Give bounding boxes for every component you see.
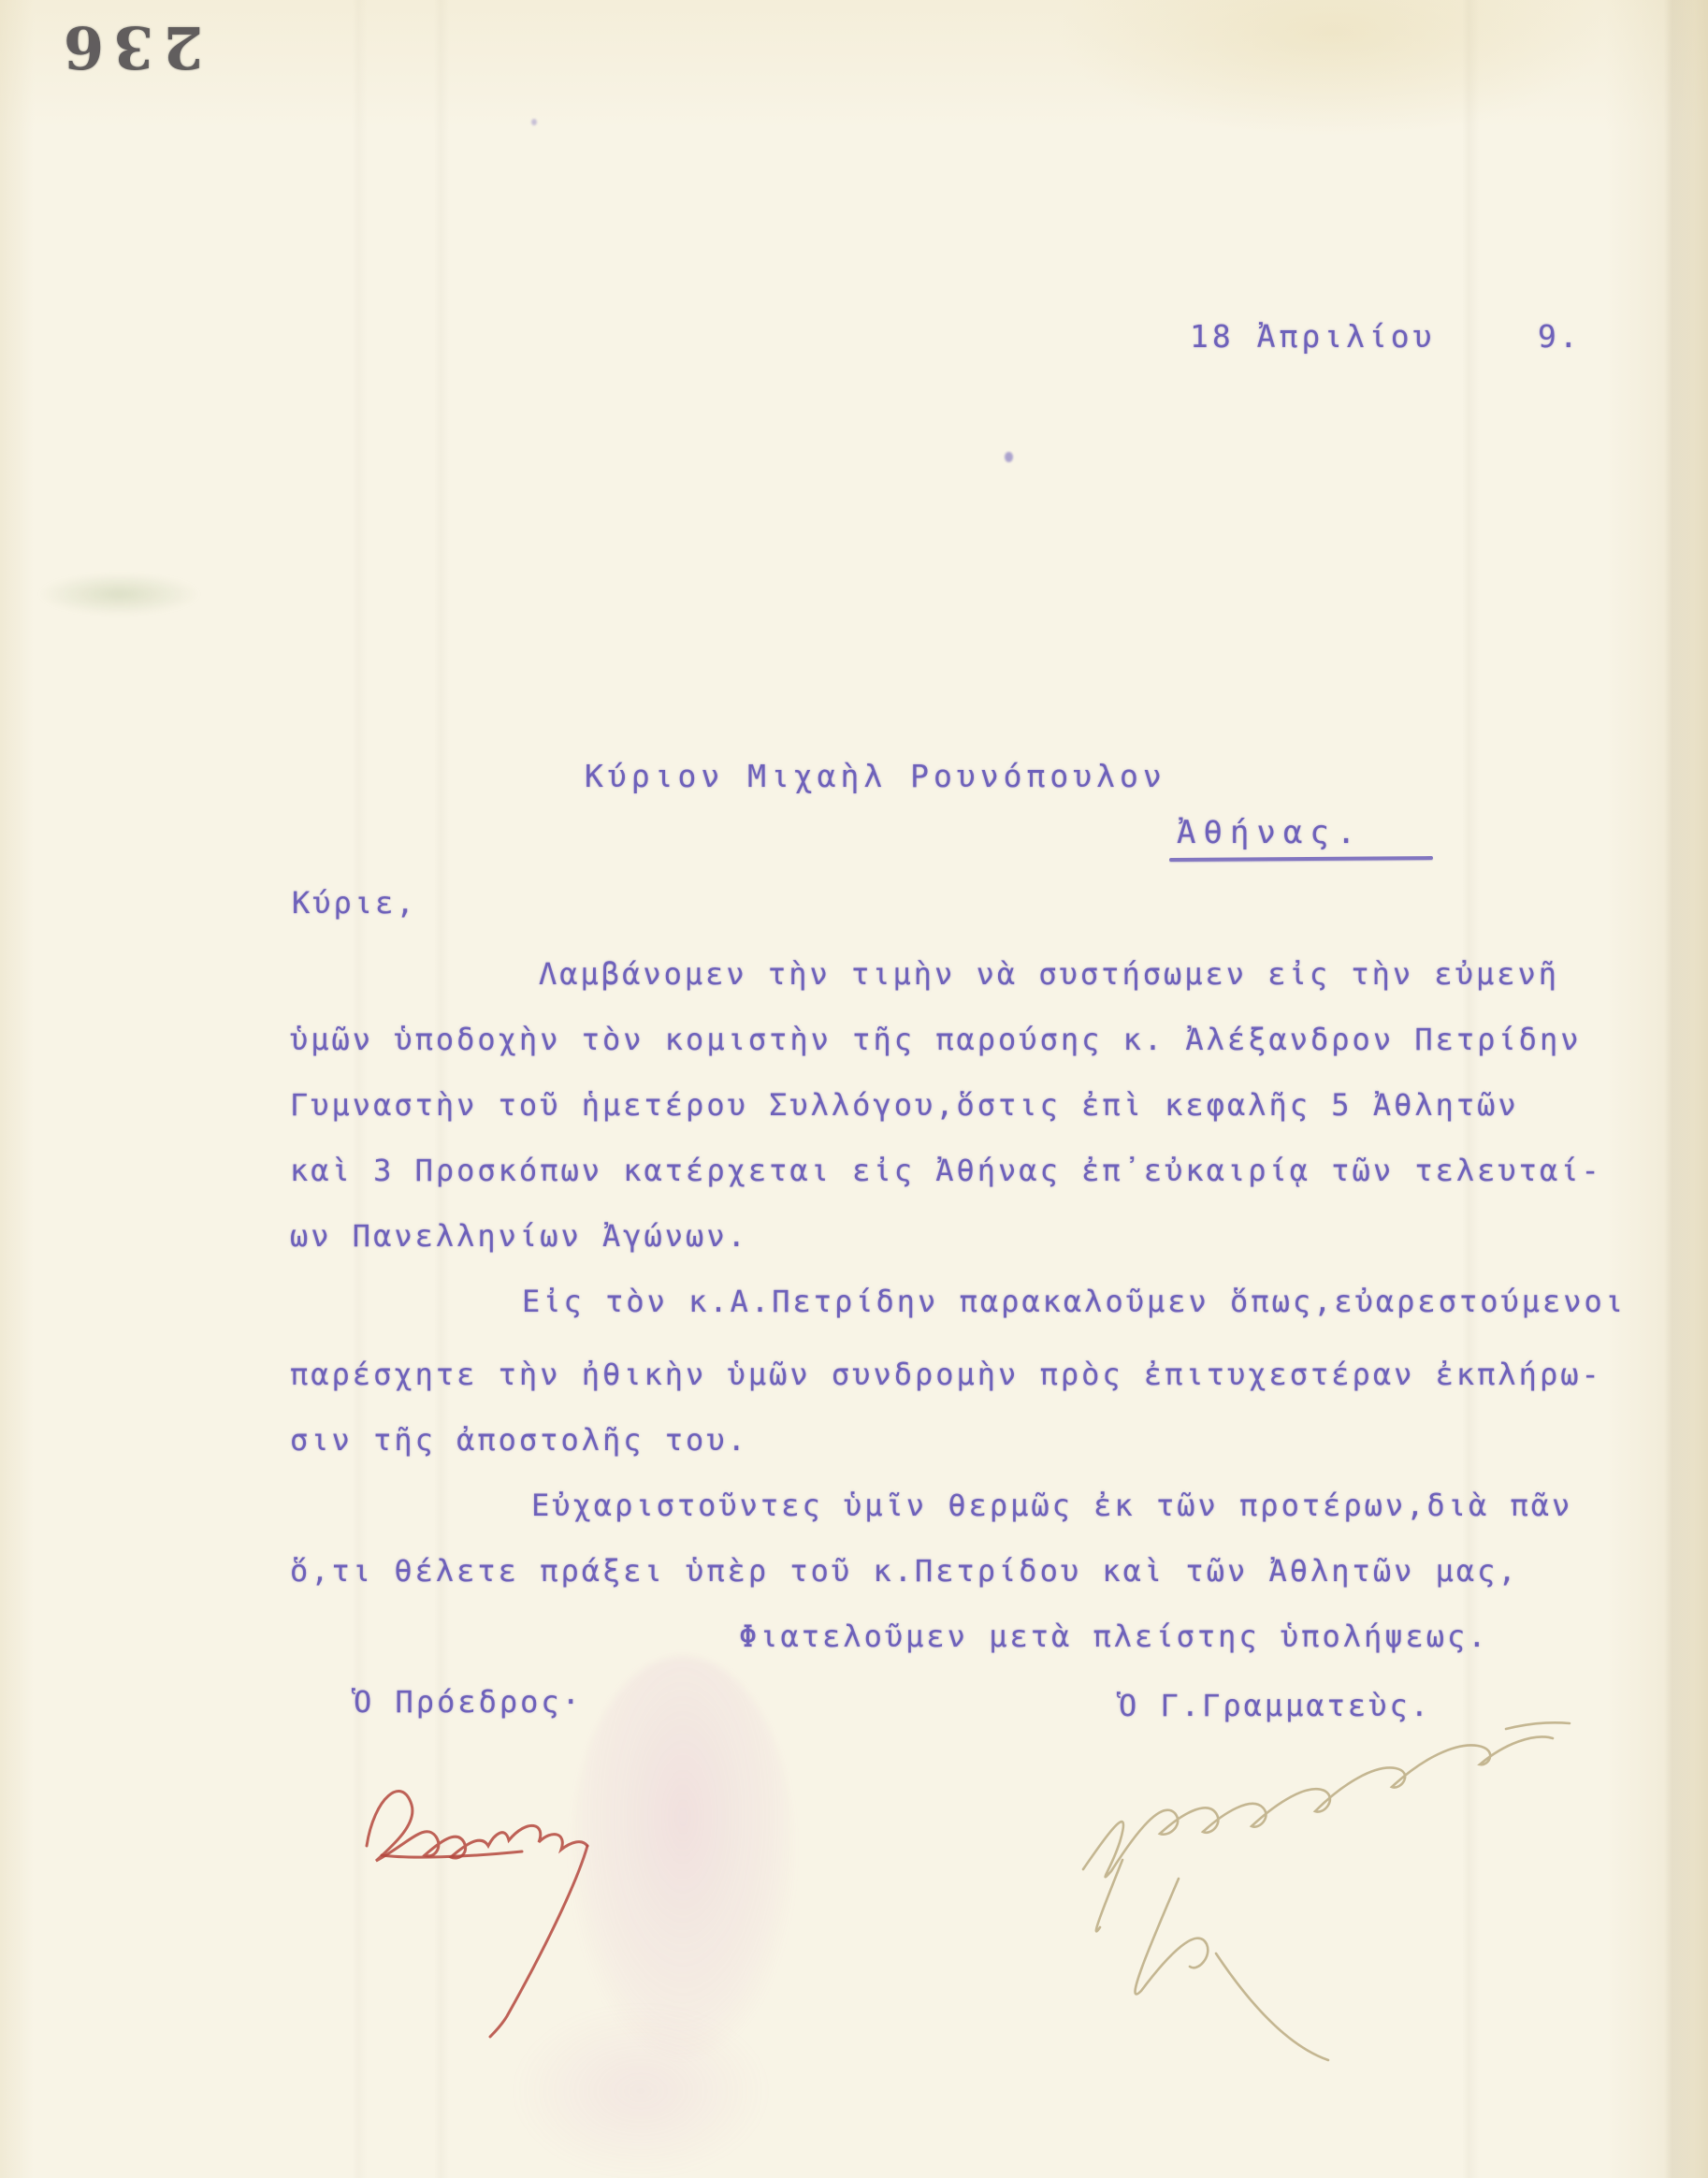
secretary-signature	[1066, 1710, 1590, 2075]
body-line: Εὐχαριστοῦντες ὑμῖν θερμῶς ἐκ τῶν προτέρ…	[531, 1488, 1572, 1523]
city-underline	[1169, 856, 1433, 862]
closing-line: Φιατελοῦμεν μετὰ πλείστης ὑπολήψεως.	[739, 1619, 1489, 1654]
date-year: 9.	[1538, 318, 1581, 355]
body-line: Εἰς τὸν κ.Α.Πετρίδην παρακαλοῦμεν ὅπως,ε…	[522, 1284, 1626, 1319]
body-line: ὑμῶν ὑποδοχὴν τὸν κομιστὴν τῆς παρούσης …	[290, 1022, 1581, 1057]
president-signature	[354, 1735, 662, 2044]
president-title: Ὁ Πρόεδρος·	[354, 1684, 583, 1720]
page-number-stamp: 236	[54, 13, 203, 81]
body-line: ὅ,τι θέλετε πράξει ὑπὲρ τοῦ κ.Πετρίδου κ…	[290, 1553, 1519, 1589]
ink-speck	[1005, 452, 1013, 462]
body-line: ων Πανελληνίων Ἀγώνων.	[290, 1218, 748, 1254]
recipient-city: Ἀθήνας.	[1177, 814, 1363, 851]
green-ink-smudge	[37, 573, 201, 616]
body-line: παρέσχητε τὴν ἠθικὴν ὑμῶν συνδρομὴν πρὸς…	[290, 1357, 1602, 1392]
body-line: καὶ 3 Προσκόπων κατέρχεται εἰς Ἀθήνας ἐπ…	[290, 1153, 1602, 1188]
salutation: Κύριε,	[292, 885, 417, 921]
scanned-letter-page: 236 18 Ἀπριλίου 9. Κύριον Μιχαὴλ Ρουνόπο…	[0, 0, 1708, 2178]
body-line: σιν τῆς ἀποστολῆς του.	[290, 1422, 748, 1458]
ink-speck	[531, 119, 537, 125]
date-day-month: 18 Ἀπριλίου	[1190, 318, 1436, 355]
body-line: Γυμναστὴν τοῦ ἡμετέρου Συλλόγου,ὅστις ἐπ…	[290, 1087, 1519, 1123]
recipient-name: Κύριον Μιχαὴλ Ρουνόπουλον	[585, 758, 1166, 794]
body-line: Λαμβάνομεν τὴν τιμὴν νὰ συστήσωμεν εἰς τ…	[539, 956, 1559, 992]
